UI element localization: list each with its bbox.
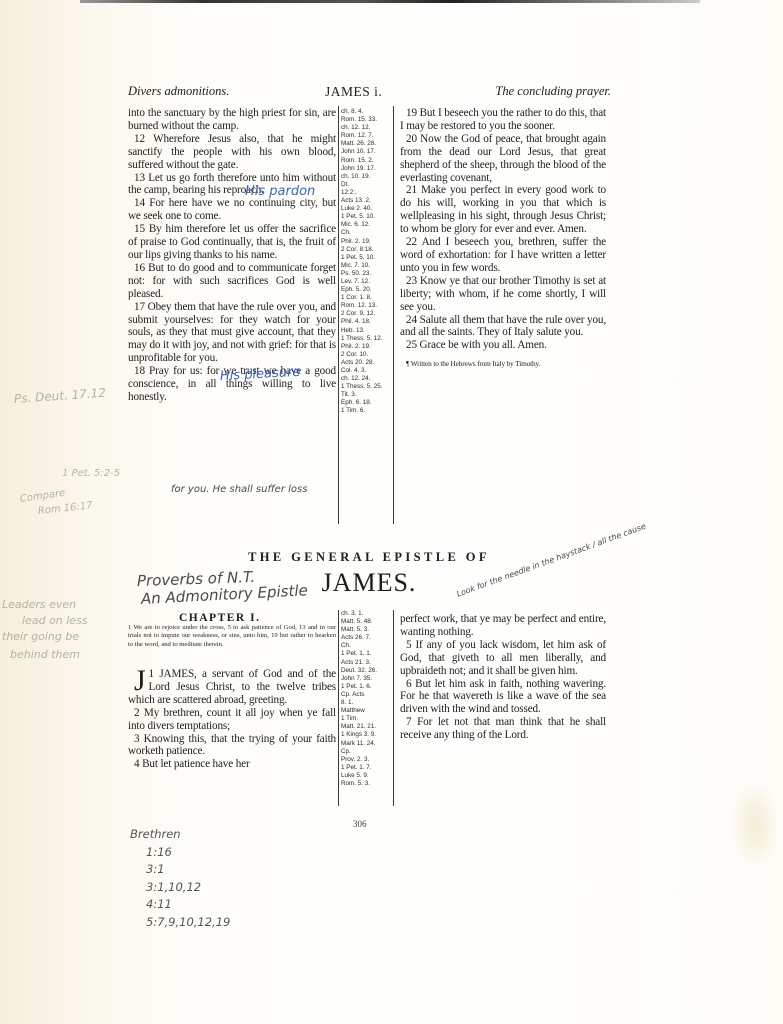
column-rule [338, 610, 339, 806]
cross-reference: John 10. 17. [341, 148, 389, 156]
verse: 14 For here have we no continuing city, … [128, 197, 336, 223]
faded-note-line: lead on less [22, 614, 88, 627]
cross-reference: ch. 10. 19. [341, 173, 389, 181]
cross-reference: Luke 5. 9. [341, 772, 389, 780]
verse: 23 Know ye that our brother Timothy is s… [400, 275, 606, 314]
verse: 17 Obey them that have the rule over you… [128, 301, 336, 366]
running-head: Divers admonitions. JAMES i. The conclud… [127, 84, 611, 100]
cross-reference: Prov. 2. 3. [341, 756, 389, 764]
cross-reference: ch. 8. 4. [341, 108, 389, 116]
faded-note-line: their going be [2, 630, 79, 643]
verse: 25 Grace be with you all. Amen. [400, 339, 606, 352]
cross-reference: 12:2:. [341, 189, 389, 197]
verse: 5 If any of you lack wisdom, let him ask… [400, 639, 606, 678]
verse: 12 Wherefore Jesus also, that he might s… [128, 133, 336, 172]
cross-reference: Tit. 3. [341, 391, 389, 399]
cross-reference: 1 Pet. 5. 10. [341, 254, 389, 262]
verse: 19 But I beseech you the rather to do th… [400, 107, 606, 133]
cross-reference: Ps. 50. 23. [341, 270, 389, 278]
verse: 1 JAMES, a servant of God and of the Lor… [128, 668, 336, 706]
cross-reference: Matt. 26. 28. [341, 140, 389, 148]
cross-reference: 1 Cor. 1. 8. [341, 294, 389, 302]
cross-reference: ch. 12. 24. [341, 375, 389, 383]
cross-reference: 1 Thess. 5. 25. [341, 383, 389, 391]
handwritten-annotation: His pardon [245, 184, 315, 199]
cross-reference: Matt. 5. 3. [341, 626, 389, 634]
column-rule [338, 106, 339, 524]
cross-reference: 2 Cor. 10. [341, 351, 389, 359]
verse: 16 But to do good and to communicate for… [128, 262, 336, 301]
cross-reference: Phil. 4. 18. [341, 318, 389, 326]
margin-note: 1 Pet. 5:2-5 [62, 468, 120, 479]
running-head-left: Divers admonitions. [128, 84, 229, 99]
page-number: 306 [353, 819, 367, 829]
verse: 2 My brethren, count it all joy when ye … [128, 707, 336, 733]
cross-references-top: ch. 8. 4.Rom. 15. 33.ch. 12. 12.Rom. 12.… [341, 108, 389, 523]
cross-reference: Mark 11. 24. [341, 740, 389, 748]
scan-top-edge [80, 0, 700, 3]
cross-reference: John 7. 35. [341, 675, 389, 683]
cross-reference: Acts 21. 3. [341, 659, 389, 667]
cross-reference: Lev. 7. 12. [341, 278, 389, 286]
column-rule [393, 610, 394, 806]
cross-reference: Rom. 5. 3. [341, 780, 389, 788]
cross-reference: Rom. 12. 13. [341, 302, 389, 310]
james-left-column: J1 JAMES, a servant of God and of the Lo… [128, 668, 336, 771]
running-head-center: JAMES i. [325, 84, 382, 100]
cross-reference: Ch. [341, 229, 389, 237]
verse: 24 Salute all them that have the rule ov… [400, 314, 606, 340]
cross-reference: Phil. 2. 19. [341, 343, 389, 351]
cross-reference: Acts 13. 2. [341, 197, 389, 205]
cross-reference: Dt. [341, 181, 389, 189]
cross-reference: John 19. 17. [341, 165, 389, 173]
cross-reference: 1 Pet. 5. 10. [341, 213, 389, 221]
james-right-column: perfect work, that ye may be perfect and… [400, 613, 606, 742]
verse: 6 But let him ask in faith, nothing wave… [400, 678, 606, 717]
cross-reference: 1 Kings 3. 9. [341, 731, 389, 739]
verse: 15 By him therefore let us offer the sac… [128, 223, 336, 262]
cross-reference: 1 Pet. 1. 7. [341, 764, 389, 772]
cross-reference: Mic. 6. 12. [341, 221, 389, 229]
margin-note: Compare [19, 488, 66, 505]
list-item: Brethren [130, 826, 230, 844]
list-item: 3:1,10,12 [130, 879, 230, 897]
cross-reference: Eph. 5. 20. [341, 286, 389, 294]
cross-reference: Ch. [341, 642, 389, 650]
chapter-heading: CHAPTER I. [179, 612, 260, 624]
cross-reference: Cp. Acts [341, 691, 389, 699]
cross-reference: Phil. 2. 19. [341, 238, 389, 246]
cross-reference: 1 Thess. 5. 12. [341, 335, 389, 343]
verse: into the sanctuary by the high priest fo… [128, 107, 336, 133]
list-item: 4:11 [130, 896, 230, 914]
cross-references-bottom: ch. 3. 1.Matt. 5. 48.Matt. 5. 3.Acts 26.… [341, 610, 389, 806]
verse: 7 For let not that man think that he sha… [400, 716, 606, 742]
hebrews-left-column: into the sanctuary by the high priest fo… [128, 107, 336, 404]
list-item: 3:1 [130, 861, 230, 879]
verse: 3 Knowing this, that the trying of your … [128, 733, 336, 759]
cross-reference: ch. 3. 1. [341, 610, 389, 618]
cross-reference: 2 Cor. 9. 12. [341, 310, 389, 318]
cross-reference: 2 Cor. 8:18. [341, 246, 389, 254]
cross-reference: Eph. 6. 18. [341, 399, 389, 407]
chapter-summary: 1 We are to rejoice under the cross, 5 t… [128, 624, 336, 649]
faded-note-line: Leaders even [2, 598, 76, 611]
cross-reference: Col. 4. 3. [341, 367, 389, 375]
faded-note-line: behind them [10, 648, 80, 661]
handwritten-annotation: for you. He shall suffer loss [171, 484, 307, 495]
cross-reference: ch. 12. 12. [341, 124, 389, 132]
verse: perfect work, that ye may be perfect and… [400, 613, 606, 639]
cross-reference: 1 Pet. 1. 1. [341, 650, 389, 658]
cross-reference: Rom. 15. 33. [341, 116, 389, 124]
verse: 22 And I beseech you, brethren, suffer t… [400, 236, 606, 275]
verse-one: J1 JAMES, a servant of God and of the Lo… [128, 668, 336, 707]
cross-reference: 8. 1. [341, 699, 389, 707]
cross-reference: Deut. 32. 26. [341, 667, 389, 675]
cross-reference: Acts 20. 28. [341, 359, 389, 367]
cross-reference: Acts 26. 7. [341, 634, 389, 642]
verse: 20 Now the God of peace, that brought ag… [400, 133, 606, 185]
handwritten-brethren-list: Brethren 1:16 3:1 3:1,10,12 4:11 5:7,9,1… [130, 826, 230, 931]
cross-reference: 1 Pet. 1. 6. [341, 683, 389, 691]
cross-reference: Matt. 21. 21. [341, 723, 389, 731]
list-item: 1:16 [130, 844, 230, 862]
subscription-footnote: ¶ Written to the Hebrews from Italy by T… [400, 359, 606, 368]
cross-reference: Rom. 15. 2. [341, 157, 389, 165]
cross-reference: Cp. [341, 748, 389, 756]
running-head-right: The concluding prayer. [495, 84, 611, 99]
column-rule [393, 106, 394, 524]
margin-note: Ps. Deut. 17.12 [14, 386, 107, 406]
paper-stain [730, 780, 780, 870]
hebrews-right-column: 19 But I beseech you the rather to do th… [400, 107, 606, 368]
cross-reference: Luke 2. 40. [341, 205, 389, 213]
drop-cap: J [134, 669, 146, 693]
cross-reference: Heb. 13. [341, 327, 389, 335]
verse: 21 Make you perfect in every good work t… [400, 184, 606, 236]
cross-reference: Mic. 7. 10. [341, 262, 389, 270]
cross-reference: Matthew [341, 707, 389, 715]
cross-reference: Matt. 5. 48. [341, 618, 389, 626]
list-item: 5:7,9,10,12,19 [130, 914, 230, 932]
cross-reference: 1 Tim. [341, 715, 389, 723]
cross-reference: 1 Tim. 6. [341, 407, 389, 415]
verse: 4 But let patience have her [128, 758, 336, 771]
margin-note: Rom 16:17 [37, 500, 93, 517]
cross-reference: Rom. 12. 7. [341, 132, 389, 140]
